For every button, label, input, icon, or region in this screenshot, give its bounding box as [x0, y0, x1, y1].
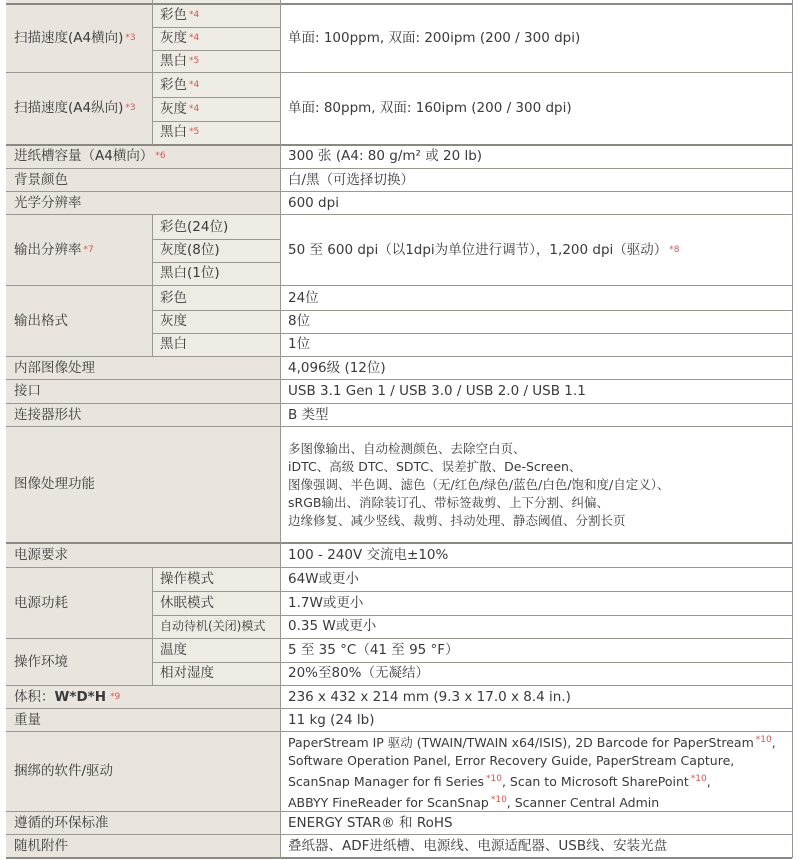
- sub-divider: [152, 121, 280, 122]
- sub-divider: [152, 97, 280, 98]
- footnote-marker: *10: [491, 795, 507, 805]
- footnote-marker: *3: [125, 33, 135, 44]
- sub-label-text: 灰度: [160, 101, 187, 117]
- footnote-marker: *5: [189, 56, 199, 67]
- sub-divider: [152, 27, 280, 28]
- footnote-marker: *4: [189, 80, 199, 91]
- sub-label-gray: 灰度*4: [152, 97, 280, 121]
- value-operating-mode: 64W或更小: [280, 568, 792, 591]
- footnote-marker: *5: [189, 127, 199, 138]
- row-label-weight: 重量: [6, 709, 280, 731]
- value-humidity: 20%至80%（无凝结）: [280, 662, 792, 685]
- label-text: 输出分辨率: [14, 242, 82, 258]
- sub-divider: [152, 239, 280, 240]
- software-text: Software Operation Panel, Error Recovery…: [288, 753, 734, 768]
- row-label-background-color: 背景颜色: [6, 169, 280, 191]
- value-paper-chute: 300 张 (A4: 80 g/m² 或 20 lb): [280, 145, 792, 168]
- col-divider: [280, 0, 281, 858]
- value-output-format-gray: 8位: [280, 310, 792, 333]
- row-label-scan-portrait: 扫描速度(A4纵向)*3: [6, 73, 152, 144]
- label-text: 扫描速度(A4纵向): [14, 100, 123, 116]
- row-label-bundled-software: 捆绑的软件/驱动: [6, 732, 280, 811]
- value-weight: 11 kg (24 lb): [280, 709, 792, 731]
- label-text: 扫描速度(A4横向): [14, 30, 123, 46]
- software-text: , Scanner Central Admin: [507, 795, 659, 810]
- row-divider: [6, 708, 792, 709]
- row-divider: [6, 731, 792, 732]
- footnote-marker: *6: [155, 151, 165, 162]
- software-text: ,: [772, 735, 776, 750]
- sub-label-temperature: 温度: [152, 639, 280, 662]
- row-label-connector: 连接器形状: [6, 404, 280, 426]
- value-temperature: 5 至 35 °C（41 至 95 °F）: [280, 639, 792, 662]
- row-divider: [6, 144, 792, 146]
- value-optical-resolution: 600 dpi: [280, 192, 792, 214]
- value-auto-standby: 0.35 W或更小: [280, 615, 792, 638]
- row-label-image-processing: 图像处理功能: [6, 427, 280, 542]
- value-bundled-software: PaperStream IP 驱动 (TWAIN/TWAIN x64/ISIS)…: [280, 732, 792, 811]
- value-output-format-bw: 1位: [280, 333, 792, 356]
- row-divider: [6, 3, 792, 5]
- row-label-paper-chute: 进纸槽容量（A4横向）*6: [6, 145, 280, 168]
- sub-label-humidity: 相对湿度: [152, 662, 280, 685]
- value-dimensions: 236 x 432 x 214 mm (9.3 x 17.0 x 8.4 in.…: [280, 686, 792, 708]
- col-divider: [152, 0, 153, 145]
- sub-label-bw: 黑白*5: [152, 121, 280, 144]
- value-internal-processing: 4,096级 (12位): [280, 357, 792, 379]
- footnote-marker: *4: [189, 104, 199, 115]
- sub-divider: [152, 310, 792, 311]
- value-power-requirement: 100 - 240V 交流电±10%: [280, 543, 792, 567]
- sub-label-operating-mode: 操作模式: [152, 568, 280, 591]
- sub-divider: [152, 50, 280, 51]
- sub-label-gray: 灰度*4: [152, 27, 280, 50]
- sub-divider: [152, 615, 792, 616]
- row-divider: [6, 379, 792, 380]
- row-divider: [6, 403, 792, 404]
- footnote-marker: *3: [125, 103, 135, 114]
- sub-label-auto-standby: 自动待机(关闭)模式: [152, 615, 280, 638]
- row-label-power-requirement: 电源要求: [6, 543, 280, 567]
- software-line: PaperStream IP 驱动 (TWAIN/TWAIN x64/ISIS)…: [288, 731, 776, 752]
- sub-label-bw: 黑白: [152, 333, 280, 356]
- col-divider: [152, 215, 153, 356]
- software-line: ScanSnap Manager for fi Series*10, Scan …: [288, 770, 711, 791]
- footnote-marker: *4: [189, 33, 199, 44]
- row-divider: [6, 214, 792, 215]
- row-divider: [6, 834, 792, 835]
- row-divider: [6, 567, 792, 568]
- row-label-scan-landscape: 扫描速度(A4横向)*3: [6, 4, 152, 72]
- row-label-accessories: 随机附件: [6, 835, 280, 858]
- value-background-color: 白/黑（可选择切换）: [280, 169, 792, 191]
- row-divider: [6, 811, 792, 812]
- software-line: Software Operation Panel, Error Recovery…: [288, 752, 734, 770]
- sub-divider: [152, 262, 280, 263]
- row-label-environmental: 遵循的环保标准: [6, 812, 280, 834]
- row-divider: [6, 72, 792, 73]
- software-text: ,: [707, 774, 711, 789]
- row-label-output-format: 输出格式: [6, 286, 152, 356]
- sub-label-text: 黑白: [160, 124, 187, 140]
- footnote-marker: *10: [691, 774, 707, 784]
- sub-label-sleep-mode: 休眠模式: [152, 591, 280, 615]
- row-divider: [6, 857, 792, 859]
- sub-divider: [152, 591, 792, 592]
- feature-line: sRGB输出、消除装订孔、带标签裁剪、上下分割、纠偏、: [288, 494, 609, 512]
- row-label-optical-resolution: 光学分辨率: [6, 192, 280, 214]
- footnote-marker: *10: [756, 735, 772, 745]
- value-connector: B 类型: [280, 404, 792, 426]
- sub-label-color: 彩色: [152, 286, 280, 310]
- sub-label-bw-1bit: 黑白(1位): [152, 262, 280, 285]
- sub-label-bw: 黑白*5: [152, 50, 280, 72]
- row-label-operating-env: 操作环境: [6, 639, 152, 685]
- software-text: , Scan to Microsoft SharePoint: [502, 774, 689, 789]
- software-text: ABBYY FineReader for ScanSnap: [288, 795, 489, 810]
- value-scan-portrait: 单面: 80ppm, 双面: 160ipm (200 / 300 dpi): [280, 73, 792, 144]
- row-label-output-resolution: 输出分辨率*7: [6, 215, 152, 285]
- sub-label-gray-8bit: 灰度(8位): [152, 239, 280, 262]
- value-sleep-mode: 1.7W或更小: [280, 591, 792, 615]
- software-text: ScanSnap Manager for fi Series: [288, 774, 484, 789]
- feature-line: 多图像输出、自动检测颜色、去除空白页、: [288, 440, 526, 458]
- value-scan-landscape: 单面: 100ppm, 双面: 200ipm (200 / 300 dpi): [280, 4, 792, 72]
- row-divider: [6, 356, 792, 357]
- feature-line: 图像强调、半色调、滤色（无/红色/绿色/蓝色/白色/饱和度/自定义）、: [288, 476, 670, 494]
- row-divider: [6, 685, 792, 686]
- value-output-resolution: 50 至 600 dpi（以1dpi为单位进行调节），1,200 dpi（驱动）…: [280, 215, 792, 285]
- label-text: 进纸槽容量（A4横向）: [14, 148, 153, 164]
- row-label-dimensions: 体积：W*D*H*9: [6, 686, 280, 708]
- col-divider: [152, 568, 153, 685]
- sub-label-text: 彩色: [160, 7, 187, 23]
- feature-line: iDTC、高级 DTC、SDTC、误差扩散、De-Screen、: [288, 458, 581, 476]
- label-text: 体积：: [14, 689, 55, 705]
- sub-label-gray: 灰度: [152, 310, 280, 333]
- value-output-format-color: 24位: [280, 286, 792, 310]
- row-label-interface: 接口: [6, 380, 280, 403]
- row-divider: [6, 285, 792, 286]
- feature-line: 边缘修复、减少竖线、裁剪、抖动处理、静态阈值、分割长页: [288, 512, 626, 530]
- value-image-processing: 多图像输出、自动检测颜色、去除空白页、 iDTC、高级 DTC、SDTC、误差扩…: [280, 427, 792, 542]
- sub-label-text: 灰度: [160, 30, 187, 46]
- row-divider: [6, 638, 792, 639]
- row-label-internal-processing: 内部图像处理: [6, 357, 280, 379]
- label-bold-text: W*D*H: [55, 689, 107, 705]
- row-divider: [6, 191, 792, 192]
- row-label-power-consumption: 电源功耗: [6, 568, 152, 638]
- footnote-marker: *4: [189, 10, 199, 21]
- row-divider: [6, 168, 792, 169]
- software-line: ABBYY FineReader for ScanSnap*10, Scanne…: [288, 791, 659, 812]
- sub-label-color: 彩色*4: [152, 4, 280, 27]
- footnote-marker: *9: [110, 692, 120, 703]
- value-environmental: ENERGY STAR® 和 RoHS: [280, 812, 792, 834]
- footnote-marker: *7: [84, 245, 94, 256]
- value-accessories: 叠纸器、ADF进纸槽、电源线、电源适配器、USB线、安装光盘: [280, 835, 792, 858]
- row-divider: [6, 426, 792, 427]
- sub-label-color: 彩色*4: [152, 73, 280, 97]
- table-right-border: [792, 0, 793, 858]
- sub-label-text: 彩色: [160, 77, 187, 93]
- footnote-marker: *10: [486, 774, 502, 784]
- value-interface: USB 3.1 Gen 1 / USB 3.0 / USB 2.0 / USB …: [280, 380, 792, 403]
- sub-divider: [152, 333, 792, 334]
- sub-label-text: 黑白: [160, 53, 187, 69]
- sub-divider: [152, 662, 792, 663]
- footnote-marker: *8: [669, 245, 679, 256]
- row-divider: [6, 542, 792, 544]
- sub-label-color-24bit: 彩色(24位): [152, 215, 280, 239]
- software-text: PaperStream IP 驱动 (TWAIN/TWAIN x64/ISIS)…: [288, 735, 754, 750]
- value-text: 50 至 600 dpi（以1dpi为单位进行调节），1,200 dpi（驱动）: [288, 242, 667, 258]
